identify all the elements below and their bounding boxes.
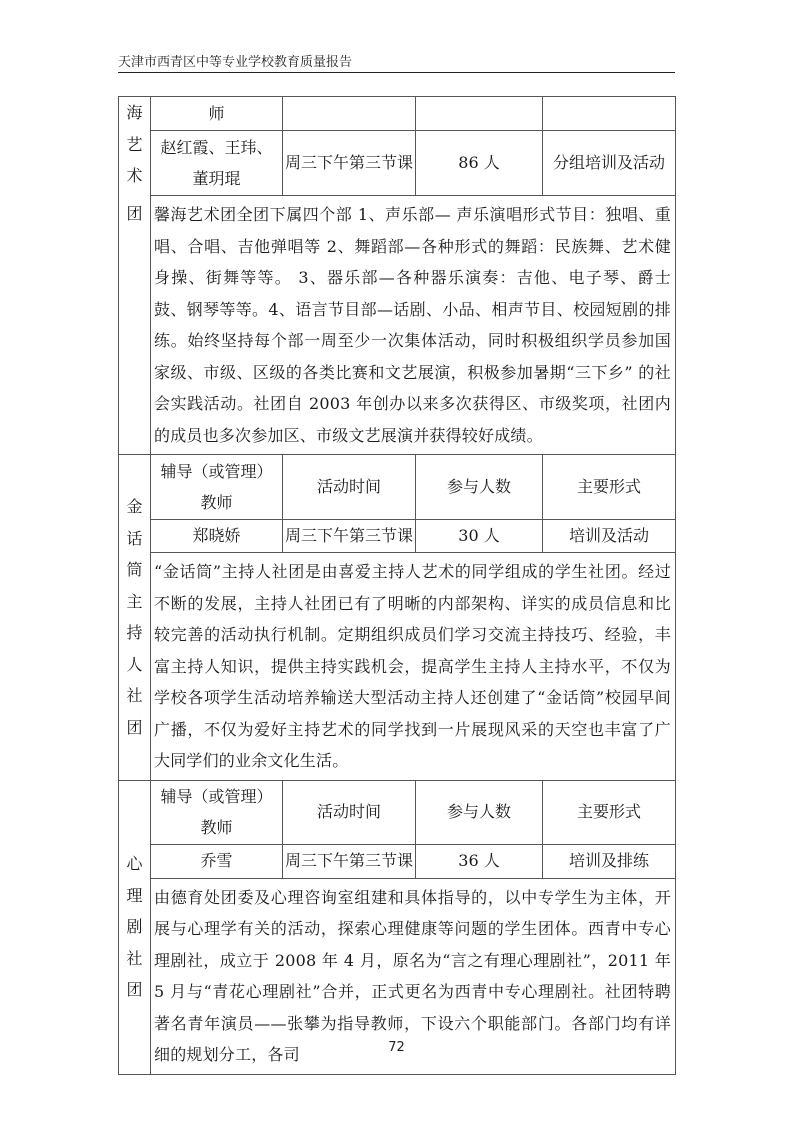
club-2-data-row: 郑晓娇 周三下午第三节课 30 人 培训及活动 (119, 520, 676, 553)
club-1-form-header-tail (543, 97, 676, 131)
column-header-teacher: 辅导（或管理）教师 (151, 455, 283, 520)
column-header-time: 活动时间 (283, 780, 416, 844)
club-3-name-char: 心 (126, 848, 142, 880)
club-1-form: 分组培训及活动 (543, 131, 676, 196)
club-1-header-continuation-row: 海 艺 术 团 师 (119, 97, 676, 131)
club-2-name-char: 社 (126, 680, 142, 712)
club-1-time: 周三下午第三节课 (283, 131, 416, 196)
club-1-data-row: 赵红霞、王玮、董玥琨 周三下午第三节课 86 人 分组培训及活动 (119, 131, 676, 196)
club-1-teacher-header-tail: 师 (151, 97, 283, 131)
club-3-count: 36 人 (416, 844, 543, 878)
club-3-teacher: 乔雪 (151, 844, 283, 878)
club-1-time-header-tail (283, 97, 416, 131)
club-2-teacher: 郑晓娇 (151, 520, 283, 553)
page-number: 72 (0, 1040, 793, 1055)
club-2-name-char: 团 (126, 712, 142, 744)
club-2-form: 培训及活动 (543, 520, 676, 553)
club-3-name-char: 团 (126, 974, 142, 1006)
running-header: 天津市西青区中等专业学校教育质量报告 (118, 55, 675, 71)
club-1-name-char: 艺 (126, 129, 142, 161)
club-2-name: 金 话 筒 主 持 人 社 团 (119, 455, 151, 781)
clubs-table: 海 艺 术 团 师 赵红霞、王玮、董玥琨 周三下午第三节课 86 人 分组培训及… (118, 96, 676, 1075)
club-2-name-char: 话 (126, 523, 142, 555)
club-1-count: 86 人 (416, 131, 543, 196)
club-3-name-char: 剧 (126, 911, 142, 943)
club-3-name-char: 社 (126, 943, 142, 975)
club-2-name-char: 人 (126, 649, 142, 681)
club-1-count-header-tail (416, 97, 543, 131)
column-header-form: 主要形式 (543, 780, 676, 844)
club-1-teacher: 赵红霞、王玮、董玥琨 (151, 131, 283, 196)
club-2-description: “金话筒”主持人社团是由喜爱主持人艺术的同学组成的学生社团。经过不断的发展，主持… (151, 553, 676, 781)
club-3-data-row: 乔雪 周三下午第三节课 36 人 培训及排练 (119, 844, 676, 878)
column-header-form: 主要形式 (543, 455, 676, 520)
club-3-header-row: 心 理 剧 社 团 辅导（或管理）教师 活动时间 参与人数 主要形式 (119, 780, 676, 844)
header-rule (118, 72, 675, 73)
club-3-name-char: 理 (126, 880, 142, 912)
column-header-count: 参与人数 (416, 455, 543, 520)
club-1-name-char: 团 (126, 198, 142, 230)
club-2-time: 周三下午第三节课 (283, 520, 416, 553)
club-3-form: 培训及排练 (543, 844, 676, 878)
column-header-teacher: 辅导（或管理）教师 (151, 780, 283, 844)
club-3-time: 周三下午第三节课 (283, 844, 416, 878)
club-2-name-char: 持 (126, 617, 142, 649)
club-2-header-row: 金 话 筒 主 持 人 社 团 辅导（或管理）教师 活动时间 参与人数 主要形式 (119, 455, 676, 520)
column-header-count: 参与人数 (416, 780, 543, 844)
club-1-description: 馨海艺术团全团下属四个部 1、声乐部— 声乐演唱形式节目：独唱、重唱、合唱、吉他… (151, 196, 676, 455)
club-1-name-char: 术 (126, 160, 142, 192)
column-header-time: 活动时间 (283, 455, 416, 520)
club-2-name-char: 筒 (126, 554, 142, 586)
club-3-name: 心 理 剧 社 团 (119, 780, 151, 1074)
club-1-name: 海 艺 术 团 (119, 97, 151, 455)
club-2-count: 30 人 (416, 520, 543, 553)
club-2-name-char: 金 (126, 491, 142, 523)
club-1-description-row: 馨海艺术团全团下属四个部 1、声乐部— 声乐演唱形式节目：独唱、重唱、合唱、吉他… (119, 196, 676, 455)
club-1-name-char: 海 (126, 97, 142, 129)
club-2-description-row: “金话筒”主持人社团是由喜爱主持人艺术的同学组成的学生社团。经过不断的发展，主持… (119, 553, 676, 781)
club-2-name-char: 主 (126, 586, 142, 618)
